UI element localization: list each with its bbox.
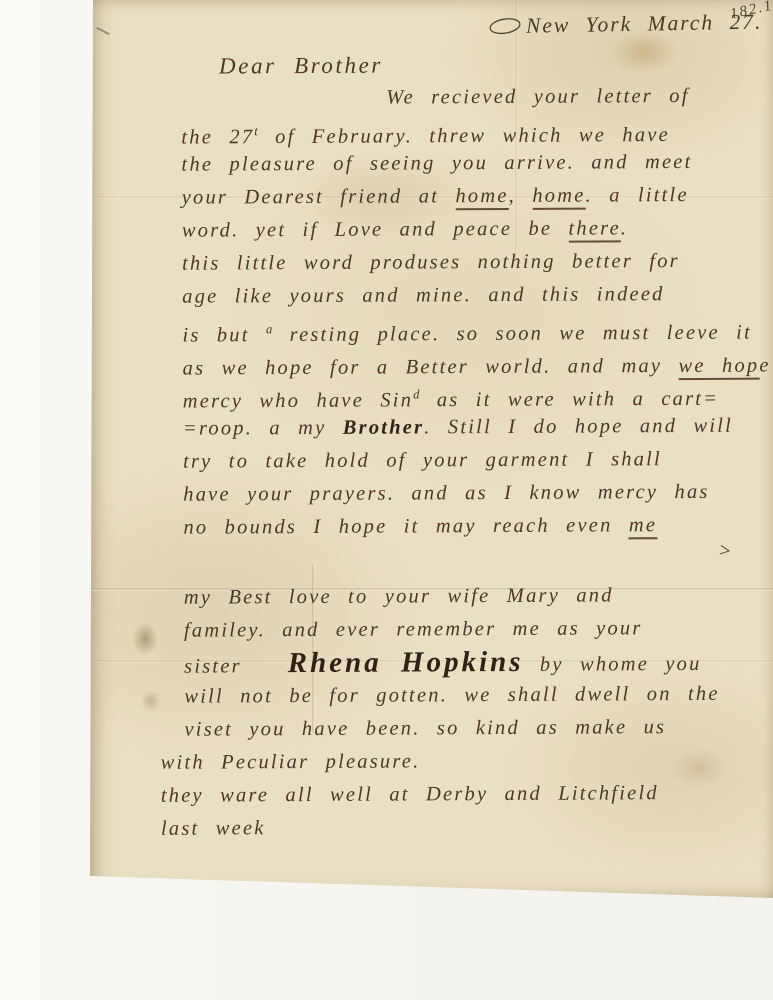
letter-text: will not be for gotten. we shall dwell o… <box>184 683 719 708</box>
letter-text: the pleasure of seeing you arrive. and m… <box>181 151 692 176</box>
letter-text: home <box>532 185 585 210</box>
letter-text: resting place. so soon we must leeve it <box>273 322 752 347</box>
letter-text: your Dearest friend at <box>182 185 456 208</box>
letter-text: , <box>509 185 533 207</box>
letter-text: with Peculiar pleasure. <box>161 750 421 773</box>
letter-text: . a little <box>585 184 688 207</box>
letter-text: mercy who have Sin <box>183 389 413 412</box>
letter-text: . <box>621 217 628 239</box>
letter-body: Dear BrotherWe recieved your letter ofth… <box>181 46 773 845</box>
letter-line: will not be for gotten. we shall dwell o… <box>184 677 773 713</box>
letter-line: as we hope for a Better world. and may w… <box>182 343 773 379</box>
letter-line: try to take hold of your garment I shall <box>183 442 773 478</box>
letter-line: they ware all well at Derby and Litchfie… <box>161 776 773 812</box>
letter-text: . Still I do hope and will <box>424 415 733 439</box>
pencil-mark <box>96 27 109 35</box>
paper-stain <box>132 622 158 656</box>
letter-text: of February. threw which we have <box>259 124 670 148</box>
letter-scan: 182.1 New York March 27. Dear BrotherWe … <box>0 0 773 1000</box>
letter-text: they ware all well at Derby and Litchfie… <box>161 782 659 807</box>
letter-line: viset you have been. so kind as make us <box>184 710 773 746</box>
signature-name: Rhena Hopkins <box>288 646 524 679</box>
letter-text: sister <box>184 655 242 677</box>
letter-text: familey. and ever remember me as your <box>184 617 643 641</box>
letter-text: word. yet if Love and peace be <box>182 218 569 242</box>
paper-stain <box>140 690 162 712</box>
letter-text: the 27 <box>181 126 254 148</box>
ink-flourish-icon <box>488 15 522 41</box>
letter-text: d <box>413 387 420 401</box>
letter-text: viset you have been. so kind as make us <box>184 716 666 741</box>
letter-text: me <box>629 514 657 539</box>
letter-line: is but a resting place. so soon we must … <box>182 310 773 346</box>
letter-text: no bounds I hope it may reach even <box>183 514 629 538</box>
letter-text: a <box>266 322 273 336</box>
letter-line: We recieved your letter of <box>386 79 773 114</box>
letter-line: the 27t of February. threw which we have <box>181 112 773 148</box>
letter-text: home <box>455 185 508 210</box>
dateline: New York March 27. <box>488 10 763 41</box>
letter-text: try to take hold of your garment I shall <box>183 448 662 473</box>
dateline-text: New York March 27. <box>526 10 763 38</box>
letter-line: word. yet if Love and peace be there. <box>182 211 773 247</box>
letter-line: familey. and ever remember me as your <box>184 611 773 647</box>
letter-text: age like yours and mine. and this indeed <box>182 283 664 308</box>
letter-text: by whome you <box>523 653 701 676</box>
letter-text: as we hope for a Better world. and may <box>183 355 679 380</box>
letter-line: age like yours and mine. and this indeed <box>182 277 773 313</box>
letter-line: =roop. a my Brother. Still I do hope and… <box>183 409 773 445</box>
letter-line: have your prayers. and as I know mercy h… <box>183 475 773 511</box>
letter-text: as it were with a cart= <box>420 388 719 412</box>
letter-text: Dear Brother <box>219 53 383 79</box>
letter-line: sisterRhena Hopkins by whome you <box>184 644 773 680</box>
letter-text: this little word produses nothing better… <box>182 250 680 275</box>
letter-text: is but <box>182 324 266 346</box>
letter-line: Dear Brother <box>219 46 773 82</box>
letter-text: e <box>759 354 773 376</box>
letter-line: my Best love to your wife Mary and <box>184 578 773 614</box>
letter-text: my Best love to your wife Mary and <box>184 584 614 608</box>
letter-line: no bounds I hope it may reach even me <box>183 508 773 544</box>
letter-line: your Dearest friend at home, home. a lit… <box>182 178 773 214</box>
letter-paper: 182.1 New York March 27. Dear BrotherWe … <box>90 0 773 903</box>
letter-line: this little word produses nothing better… <box>182 244 773 280</box>
letter-text: We recieved your letter of <box>386 85 690 109</box>
letter-text: last week <box>161 817 266 840</box>
letter-line: mercy who have Sind as it were with a ca… <box>183 376 773 412</box>
letter-text: Brother <box>343 416 425 438</box>
letter-line: with Peculiar pleasure. <box>161 743 773 779</box>
letter-text: =roop. a my <box>183 417 343 440</box>
letter-text: there <box>568 217 621 242</box>
letter-line: last week <box>161 809 773 845</box>
letter-text: have your prayers. and as I know mercy h… <box>183 481 709 506</box>
letter-line: the pleasure of seeing you arrive. and m… <box>181 145 773 181</box>
